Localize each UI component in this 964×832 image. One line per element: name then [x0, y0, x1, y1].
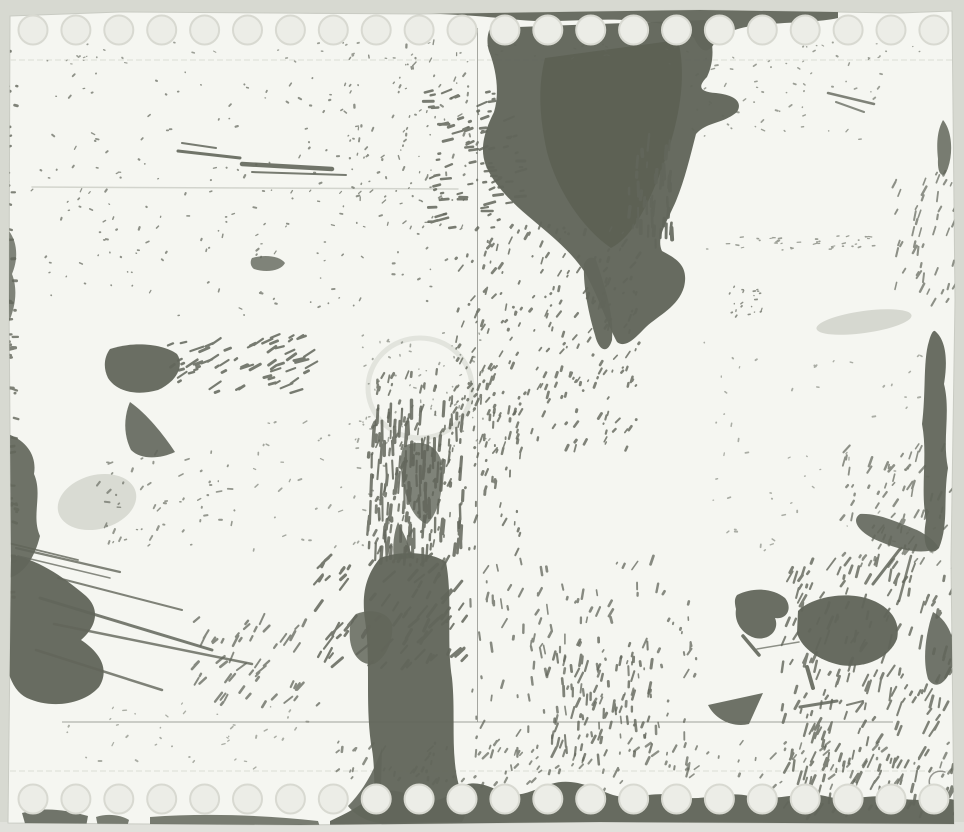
ink-speck	[597, 637, 600, 644]
perforation-hole	[490, 16, 519, 45]
ink-speck	[842, 245, 845, 247]
ink-speck	[405, 43, 408, 48]
perforation-hole	[748, 785, 777, 814]
ink-speck	[635, 170, 639, 179]
perforation-hole	[190, 16, 219, 45]
ink-speck	[475, 501, 477, 507]
perforation-hole	[490, 785, 519, 814]
ink-speck	[371, 453, 373, 468]
perforation-hole	[576, 16, 605, 45]
ink-speck	[486, 598, 488, 602]
perforation-hole	[104, 785, 133, 814]
ink-speck	[505, 436, 507, 440]
ink-speck	[816, 241, 818, 243]
ink-speck	[475, 715, 477, 719]
ink-speck	[632, 656, 635, 664]
perforation-hole	[662, 16, 691, 45]
ink-speck	[455, 412, 458, 421]
ink-speck	[421, 439, 423, 459]
perforation-hole	[834, 785, 863, 814]
ink-speck	[553, 717, 556, 723]
ink-speck	[722, 115, 725, 117]
ink-speck	[186, 215, 190, 217]
ink-speck	[876, 43, 878, 44]
ink-speck	[640, 148, 644, 159]
ink-speck	[422, 100, 435, 103]
ink-speck	[564, 633, 566, 644]
ink-speck	[434, 517, 437, 534]
ink-speck	[815, 238, 819, 240]
ink-speck	[166, 129, 169, 131]
ink-speck	[209, 484, 212, 486]
ink-speck	[643, 667, 645, 670]
ink-speck	[169, 128, 173, 130]
ink-speck	[577, 721, 580, 731]
perforation-hole	[619, 16, 648, 45]
ink-speck	[12, 336, 20, 338]
perforation-hole	[533, 785, 562, 814]
ink-speck	[13, 309, 17, 312]
ink-speck	[461, 489, 465, 502]
ink-speck	[817, 243, 820, 244]
ink-speck	[280, 461, 284, 462]
ink-speck	[324, 241, 327, 243]
ink-speck	[469, 598, 471, 608]
perforation-hole	[662, 785, 691, 814]
ink-speck	[433, 437, 436, 462]
ink-speck	[481, 210, 494, 213]
ink-speck	[509, 469, 511, 477]
ink-speck	[216, 714, 218, 715]
ink-speck	[515, 159, 526, 162]
ink-speck	[867, 238, 870, 239]
perforation-hole	[61, 785, 90, 814]
perforation-hole	[448, 16, 477, 45]
ink-speck	[426, 504, 429, 513]
perforation-hole	[319, 16, 348, 45]
ink-speck	[11, 191, 17, 193]
ink-speck	[683, 731, 685, 741]
ink-speck	[10, 257, 16, 261]
ink-speck	[375, 504, 378, 514]
ink-speck	[650, 198, 653, 207]
perforation-hole	[791, 785, 820, 814]
ink-speck	[383, 440, 386, 457]
perforation-hole	[362, 16, 391, 45]
ink-speck	[257, 452, 259, 456]
ink-speck	[98, 760, 103, 762]
perforation-hole	[319, 785, 348, 814]
ink-speck	[453, 445, 455, 447]
ink-speck	[392, 262, 396, 264]
ink-speck	[904, 469, 906, 471]
ink-speck	[486, 580, 488, 583]
perforation-hole	[19, 16, 48, 45]
ink-speck	[415, 460, 417, 474]
ink-speck	[329, 94, 332, 96]
perforation-hole	[877, 16, 906, 45]
ink-speck	[726, 243, 731, 245]
ink-speck	[645, 200, 648, 215]
ink-speck	[458, 196, 468, 199]
perforation-hole	[276, 16, 305, 45]
ink-speck	[492, 93, 496, 95]
perforation-hole	[405, 16, 434, 45]
ink-speck	[457, 521, 460, 533]
ink-speck	[420, 399, 422, 403]
perforation-hole	[405, 785, 434, 814]
perforation-hole	[276, 785, 305, 814]
ink-speck	[796, 510, 798, 514]
perforation-hole	[919, 16, 948, 45]
ink-speck	[776, 240, 780, 242]
ink-speck	[516, 510, 518, 513]
ink-speck	[116, 506, 121, 508]
perforation-hole	[362, 785, 391, 814]
ink-speck	[607, 680, 610, 688]
ink-speck	[781, 249, 783, 251]
ink-speck	[687, 616, 689, 621]
perforation-hole	[877, 785, 906, 814]
ink-speck	[9, 333, 13, 335]
ink-speck	[655, 725, 658, 736]
ink-speck	[225, 216, 228, 218]
ink-speck	[893, 470, 896, 472]
perforation-hole	[919, 785, 948, 814]
perforation-hole	[147, 785, 176, 814]
perforation-hole	[705, 16, 734, 45]
ink-speck	[368, 541, 371, 550]
ink-speck	[527, 725, 529, 733]
ink-speck	[393, 57, 396, 59]
perforation-hole	[61, 16, 90, 45]
ink-speck	[179, 501, 182, 503]
ink-speck	[572, 687, 574, 698]
ink-speck	[519, 166, 524, 168]
ink-speck	[449, 481, 453, 488]
perforation-hole	[834, 16, 863, 45]
ink-speck	[409, 461, 412, 468]
ink-speck	[360, 124, 362, 128]
ink-speck	[387, 341, 390, 343]
ink-speck	[848, 457, 850, 461]
perforation-hole	[619, 785, 648, 814]
ink-speck	[490, 175, 498, 178]
ink-speck	[408, 525, 412, 545]
ink-speck	[721, 375, 722, 378]
ink-speck	[631, 706, 633, 713]
ink-speck	[741, 289, 744, 291]
ink-speck	[459, 438, 462, 444]
ink-speck	[636, 180, 640, 197]
ink-speck	[456, 52, 457, 56]
ink-speck	[359, 196, 361, 201]
right-edge-strip	[922, 331, 948, 552]
perforation-hole	[705, 785, 734, 814]
perforation-hole	[190, 785, 219, 814]
perforation-hole	[748, 16, 777, 45]
ink-speck	[336, 155, 340, 157]
ink-speck	[514, 521, 516, 526]
ink-speck	[759, 240, 761, 242]
ink-speck	[487, 110, 492, 113]
ink-speck	[636, 582, 638, 591]
ink-speck	[218, 519, 223, 521]
ink-speck	[522, 623, 525, 634]
ink-speck	[482, 417, 484, 420]
ink-speck	[734, 531, 738, 533]
ink-speck	[406, 489, 410, 505]
ink-speck	[667, 175, 671, 189]
ink-speck	[659, 228, 662, 239]
ink-speck	[580, 616, 582, 624]
ink-speck	[427, 220, 434, 223]
ink-speck	[444, 425, 446, 430]
ink-speck	[654, 239, 656, 249]
perforation-hole	[104, 16, 133, 45]
ink-speck	[589, 692, 592, 701]
ink-speck	[494, 444, 496, 447]
ink-speck	[308, 539, 312, 541]
perforation-hole	[448, 785, 477, 814]
ink-speck	[411, 454, 415, 467]
artwork-canvas	[0, 0, 964, 832]
ink-speck	[562, 685, 565, 698]
perforation-hole	[147, 16, 176, 45]
ink-speck	[429, 533, 432, 541]
ink-speck	[399, 524, 402, 543]
ink-speck	[885, 50, 887, 52]
ink-speck	[516, 747, 518, 758]
ink-speck	[328, 434, 331, 436]
ink-speck	[410, 398, 413, 419]
ink-speck	[639, 219, 643, 235]
ink-speck	[432, 398, 433, 400]
ink-speck	[390, 430, 392, 439]
ink-speck	[796, 242, 801, 243]
scanned-artwork	[0, 0, 964, 832]
ink-speck	[624, 700, 627, 708]
ink-speck	[435, 385, 437, 389]
ink-speck	[427, 467, 430, 473]
ink-speck	[492, 594, 495, 604]
ink-speck	[598, 722, 600, 730]
ink-speck	[369, 428, 372, 430]
perforation-hole	[791, 16, 820, 45]
ink-speck	[636, 592, 638, 597]
ink-speck	[559, 646, 561, 654]
ink-speck	[448, 438, 451, 446]
perforation-hole	[233, 785, 262, 814]
ink-speck	[403, 484, 405, 509]
perforation-hole	[533, 16, 562, 45]
ink-speck	[628, 187, 631, 196]
perforation-hole	[19, 785, 48, 814]
ink-speck	[391, 273, 395, 275]
ink-speck	[904, 396, 907, 398]
ink-speck	[666, 196, 668, 203]
ink-speck	[486, 166, 494, 169]
ink-speck	[492, 421, 495, 429]
ink-speck	[627, 680, 630, 688]
ink-speck	[419, 465, 422, 485]
ink-speck	[409, 563, 412, 567]
ink-speck	[647, 224, 650, 237]
perforation-hole	[233, 16, 262, 45]
ink-speck	[427, 206, 438, 209]
ink-speck	[313, 172, 316, 174]
ink-speck	[260, 243, 263, 244]
ink-speck	[551, 734, 554, 745]
perforation-hole	[576, 785, 605, 814]
ink-speck	[353, 104, 356, 109]
ink-speck	[706, 248, 709, 249]
ink-speck	[12, 279, 18, 282]
